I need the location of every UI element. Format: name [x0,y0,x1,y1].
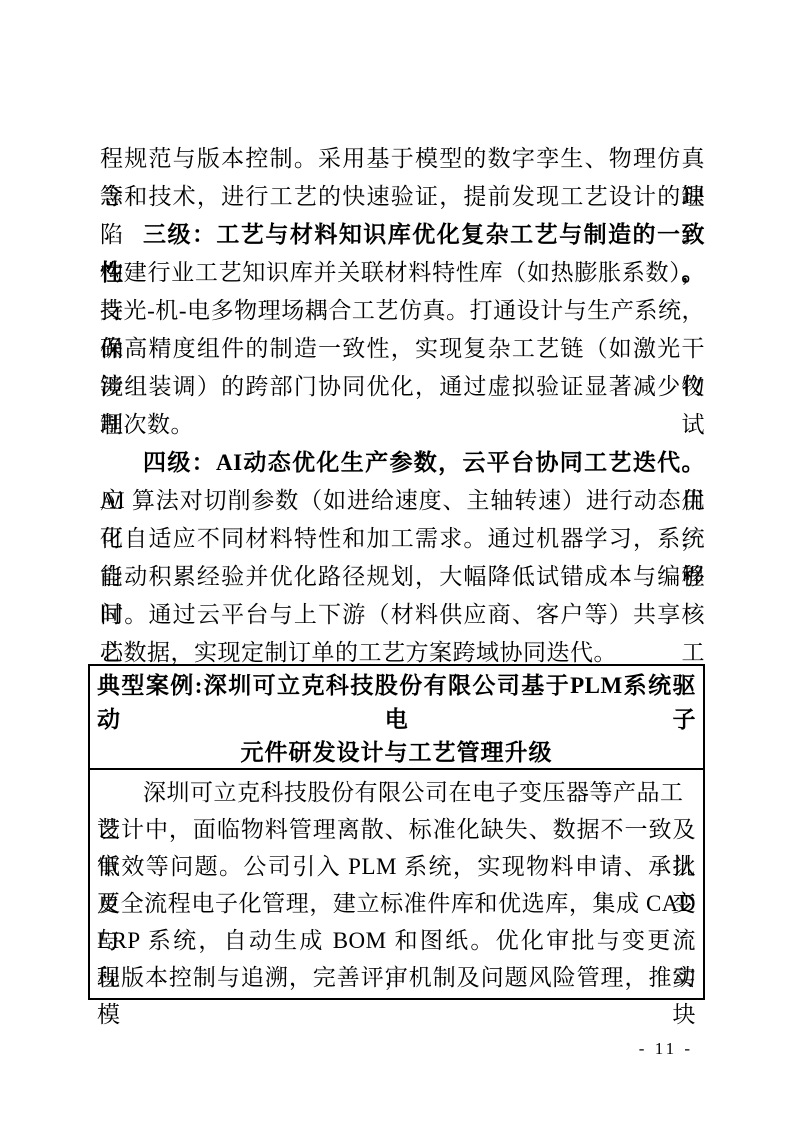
level4-heading: 四级：AI动态优化生产参数，云平台协同工艺迭代。应用 [100,444,705,482]
text-line: 程规范与版本控制。采用基于模型的数字孪生、物理仿真等理 [100,140,705,178]
case-text-line: 深圳可立克科技股份有限公司在电子变压器等产品工艺 [97,774,696,811]
case-box-title: 典型案例:深圳可立克科技股份有限公司基于PLM系统驱动电子 元件研发设计与工艺管… [90,666,703,770]
case-study-box: 典型案例:深圳可立克科技股份有限公司基于PLM系统驱动电子 元件研发设计与工艺管… [88,664,705,1000]
level3-heading: 三级：工艺与材料知识库优化复杂工艺与制造的一致性。 [100,216,705,254]
case-text-line: 现版本控制与追溯，完善评审机制及问题风险管理，推动模块 [97,959,696,996]
text-line: 间。通过云平台与上下游（材料供应商、客户等）共享核心工 [100,596,705,634]
text-line: AI 算法对切削参数（如进给速度、主轴转速）进行动态优化， [100,482,705,520]
case-box-title-line2: 元件研发设计与工艺管理升级 [97,737,696,768]
case-box-body: 深圳可立克科技股份有限公司在电子变压器等产品工艺 设计中，面临物料管理离散、标准… [90,770,703,998]
main-text-block: 程规范与版本控制。采用基于模型的数字孪生、物理仿真等理 念和技术，进行工艺的快速… [100,140,705,672]
case-box-title-line1: 典型案例:深圳可立克科技股份有限公司基于PLM系统驱动电子 [97,669,696,737]
case-text-line: 设计中，面临物料管理离散、标准化缺失、数据不一致及审批 [97,811,696,848]
text-line: 构建行业工艺知识库并关联材料特性库（如热膨胀系数），支 [100,254,705,292]
case-text-line: ERP 系统，自动生成 BOM 和图纸。优化审批与变更流程，实 [97,922,696,959]
text-line: 念和技术，进行工艺的快速验证，提前发现工艺设计的缺陷。 [100,178,705,216]
text-line: 保高精度组件的制造一致性，实现复杂工艺链（如激光干涉仪 [100,330,705,368]
level4-heading-bold: 四级：AI动态优化生产参数，云平台协同工艺迭代。 [143,450,705,475]
case-text-line: 更全流程电子化管理，建立标准件库和优选库，集成 CAD 与 [97,885,696,922]
document-page: 程规范与版本控制。采用基于模型的数字孪生、物理仿真等理 念和技术，进行工艺的快速… [0,0,794,1123]
case-text-line: 低效等问题。公司引入 PLM 系统，实现物料申请、承认及变 [97,848,696,885]
text-line: 持光-机-电多物理场耦合工艺仿真。打通设计与生产系统，确 [100,292,705,330]
text-line: 可自适应不同材料特性和加工需求。通过机器学习，系统能够 [100,520,705,558]
page-number: - 11 - [639,1038,693,1060]
text-line: 自动积累经验并优化路径规划，大幅降低试错成本与编程时 [100,558,705,596]
text-line: 镜组装调）的跨部门协同优化，通过虚拟验证显著减少物理试 [100,368,705,406]
